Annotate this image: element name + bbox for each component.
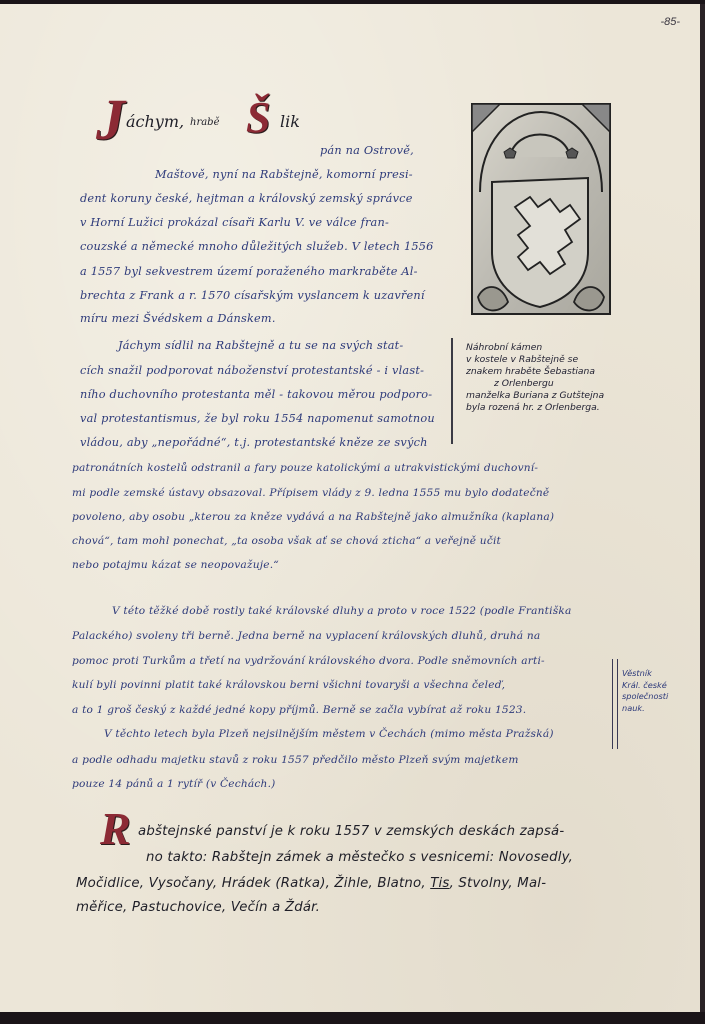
coat-of-arms-tombstone-icon: [470, 102, 612, 324]
text-line: vládou, aby „nepořádné“, t.j. protestant…: [80, 436, 428, 449]
text-line: měřice, Pastuchovice, Večín a Ždár.: [76, 900, 320, 915]
text-line: no takto: Rabštejn zámek a městečko s ve…: [146, 850, 573, 865]
caption-line: Náhrobní kámen: [466, 342, 604, 354]
text-line: couzské a německé mnoho důležitých služe…: [80, 240, 434, 253]
margin-note-line: společnosti: [622, 691, 668, 703]
text-line: povoleno, aby osobu „kterou za kněze vyd…: [72, 511, 554, 523]
margin-note-rule: [612, 659, 618, 749]
caption-line: manželka Buriana z Gutštejna: [466, 390, 604, 402]
text-line: cích snažil podporovat náboženství prote…: [80, 364, 424, 377]
text-line: Močidlice, Vysočany, Hrádek (Ratka), Žih…: [76, 876, 546, 891]
caption-line: byla rozená hr. z Orlenberga.: [466, 402, 604, 414]
text-line: Jáchym sídlil na Rabštejně a tu se na sv…: [118, 339, 403, 352]
text-line: mi podle zemské ústavy obsazoval. Přípis…: [72, 487, 549, 499]
text-line: abštejnské panství je k roku 1557 v zems…: [138, 824, 564, 839]
margin-note-line: Věstník: [622, 668, 668, 680]
text-line: a podle odhadu majetku stavů z roku 1557…: [72, 754, 519, 766]
text-line: patronátních kostelů odstranil a fary po…: [72, 462, 538, 474]
text-line: Palackého) svoleny tři berně. Jedna bern…: [72, 630, 540, 642]
manuscript-page: -85- J áchym, hrabě Š lik pán na Ostrově…: [0, 4, 700, 1012]
text-line: a to 1 groš český z každé jedné kopy pří…: [72, 704, 526, 716]
caption-line: znakem hraběte Šebastiana: [466, 366, 604, 378]
margin-note-line: nauk.: [622, 703, 668, 715]
text-line: V této těžké době rostly také královské …: [112, 605, 571, 617]
decorated-initial-j: J: [96, 86, 125, 153]
underlined-place-name: Tis: [430, 876, 449, 891]
text-line: brechta z Frank a r. 1570 císařským vysl…: [80, 289, 425, 302]
text-segment: , Stvolny, Mal-: [450, 876, 547, 891]
crest-caption: Náhrobní kámen v kostele v Rabštejně se …: [466, 342, 604, 414]
text-line: pouze 14 pánů a 1 rytíř (v Čechách.): [72, 778, 275, 790]
text-line: a 1557 byl sekvestrem území poraženého m…: [80, 265, 418, 278]
text-line: v Horní Lužici prokázal císaři Karlu V. …: [80, 216, 389, 229]
text-line: val protestantismus, že byl roku 1554 na…: [80, 412, 435, 425]
text-line: kulí byli povinni platit také královskou…: [72, 679, 505, 691]
text-line: chová“, tam mohl ponechat, „ta osoba vša…: [72, 535, 501, 547]
decorated-initial-r: R: [100, 802, 131, 855]
text-segment: Močidlice, Vysočany, Hrádek (Ratka), Žih…: [76, 876, 426, 891]
text-line: pomoc proti Turkům a třetí na vydržování…: [72, 655, 545, 667]
decorated-initial-s: Š: [246, 92, 270, 143]
heading-title: hrabě: [190, 117, 220, 128]
text-line: pán na Ostrově,: [320, 144, 414, 157]
text-line: nebo potajmu kázat se neopovažuje.“: [72, 559, 279, 571]
margin-note-line: Král. české: [622, 680, 668, 692]
text-line: ního duchovního protestanta měl - takovo…: [80, 388, 432, 401]
page-edge: [700, 4, 705, 1012]
text-line: V těchto letech byla Plzeň nejsilnějším …: [104, 728, 554, 740]
text-line: Maštově, nyní na Rabštejně, komorní pres…: [155, 168, 413, 181]
caption-line: z Orlenbergu: [466, 378, 604, 390]
caption-rule: [451, 338, 453, 444]
text-line: míru mezi Švédskem a Dánskem.: [80, 312, 276, 325]
heading-surname: lik: [280, 112, 300, 131]
caption-line: v kostele v Rabštejně se: [466, 354, 604, 366]
page-number: -85-: [660, 16, 680, 28]
heading-first-name: áchym,: [126, 112, 184, 131]
margin-note-source: Věstník Král. české společnosti nauk.: [622, 668, 668, 714]
text-line: dent koruny české, hejtman a královský z…: [80, 192, 413, 205]
